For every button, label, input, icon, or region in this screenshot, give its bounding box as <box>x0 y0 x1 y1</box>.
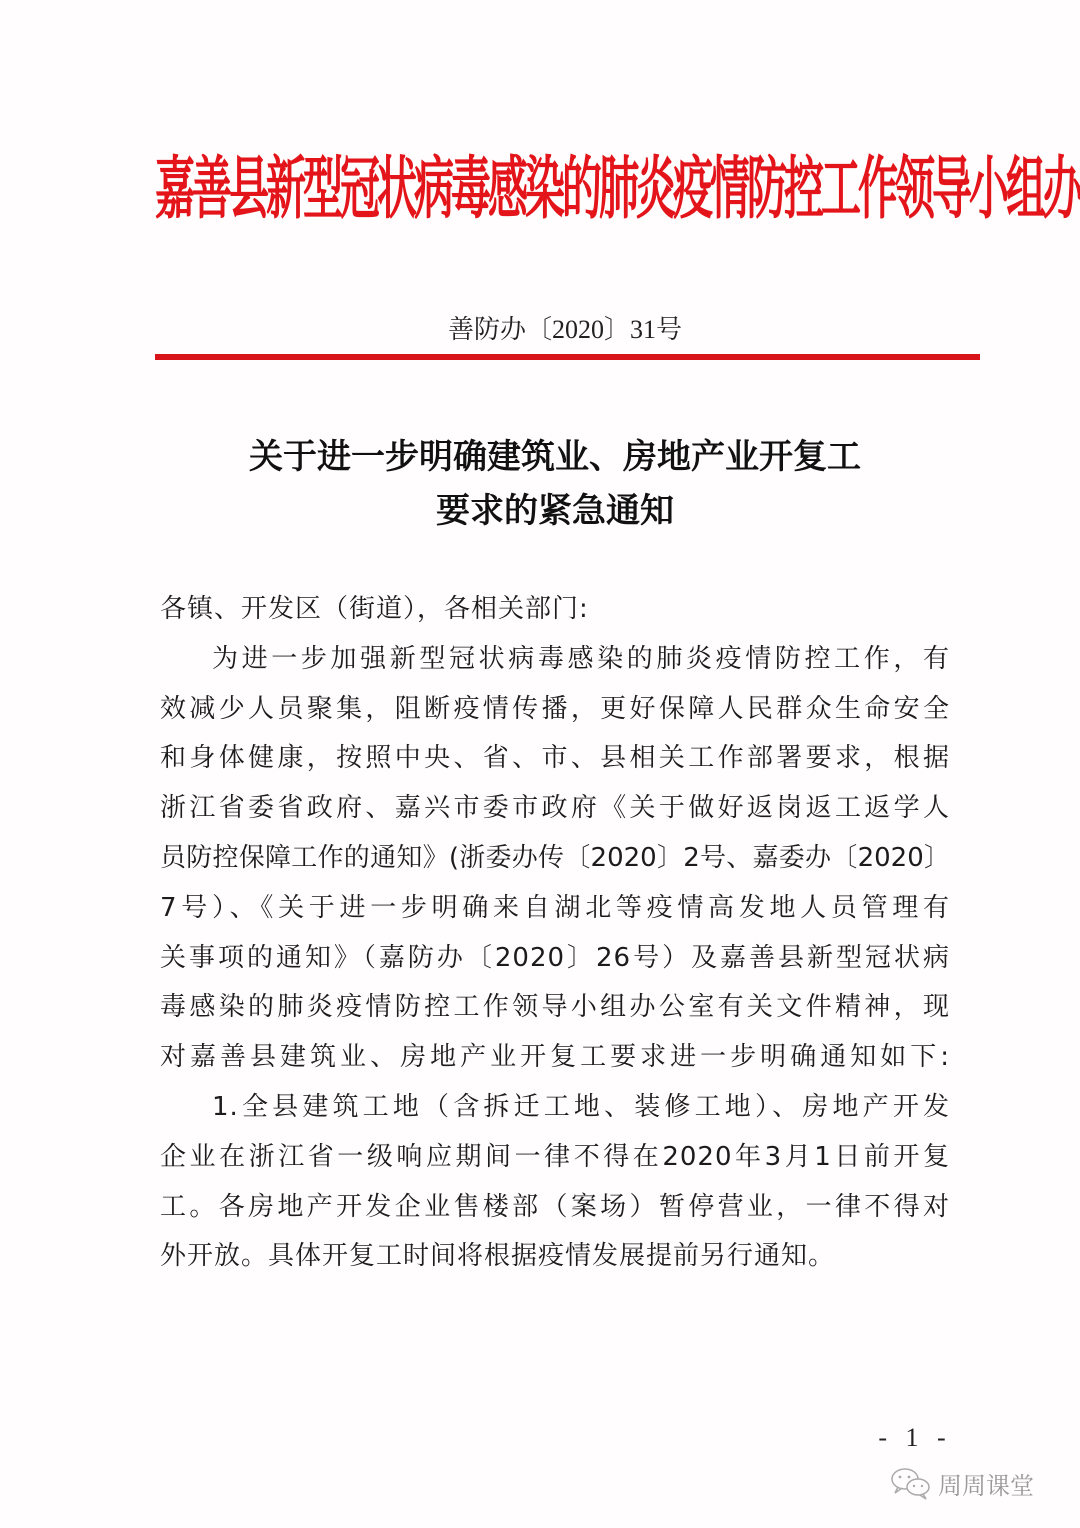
body-line: 效减少人员聚集，阻断疫情传播，更好保障人民群众生命安全 <box>160 685 950 735</box>
document-body: 各镇、开发区（街道），各相关部门: 为进一步加强新型冠状病毒感染的肺炎疫情防控工… <box>160 585 950 1282</box>
body-line: 浙江省委省政府、嘉兴市委市政府《关于做好返岗返工返学人 <box>160 784 950 834</box>
issuing-authority-header: 嘉善县新型冠状病毒感染的肺炎疫情防控工作领导小组办公室文件 <box>155 105 985 275</box>
body-line: 和身体健康，按照中央、省、市、县相关工作部署要求，根据 <box>160 734 950 784</box>
body-line: 7号）、《关于进一步明确来自湖北等疫情高发地人员管理有 <box>160 884 950 934</box>
page-number: - 1 - <box>870 1420 960 1456</box>
list-item-1-line: 工。各房地产开发企业售楼部（案场）暂停营业，一律不得对 <box>160 1183 950 1233</box>
list-item-1-line: 外开放。具体开复工时间将根据疫情发展提前另行通知。 <box>160 1232 950 1282</box>
body-line: 毒感染的肺炎疫情防控工作领导小组办公室有关文件精神，现 <box>160 983 950 1033</box>
document-title: 关于进一步明确建筑业、房地产业开复工 要求的紧急通知 <box>160 430 950 538</box>
salutation: 各镇、开发区（街道），各相关部门: <box>160 585 950 635</box>
watermark: 周周课堂 <box>890 1458 1034 1508</box>
body-line: 关事项的通知》（嘉防办〔2020〕26号）及嘉善县新型冠状病 <box>160 934 950 984</box>
document-title-line-1: 关于进一步明确建筑业、房地产业开复工 <box>160 430 950 484</box>
red-divider-rule <box>155 354 980 360</box>
list-item-1-line: 1.全县建筑工地（含拆迁工地、装修工地）、房地产开发 <box>160 1083 950 1133</box>
body-line: 对嘉善县建筑业、房地产业开复工要求进一步明确通知如下: <box>160 1033 950 1083</box>
wechat-icon <box>890 1466 932 1500</box>
list-item-1-line: 企业在浙江省一级响应期间一律不得在2020年3月1日前开复 <box>160 1133 950 1183</box>
body-line: 员防控保障工作的通知》(浙委办传〔2020〕2号、嘉委办〔2020〕 <box>160 834 950 884</box>
document-title-line-2: 要求的紧急通知 <box>160 484 950 538</box>
document-number: 善防办〔2020〕31号 <box>155 310 975 350</box>
body-line: 为进一步加强新型冠状病毒感染的肺炎疫情防控工作，有 <box>160 635 950 685</box>
watermark-label: 周周课堂 <box>938 1466 1034 1501</box>
